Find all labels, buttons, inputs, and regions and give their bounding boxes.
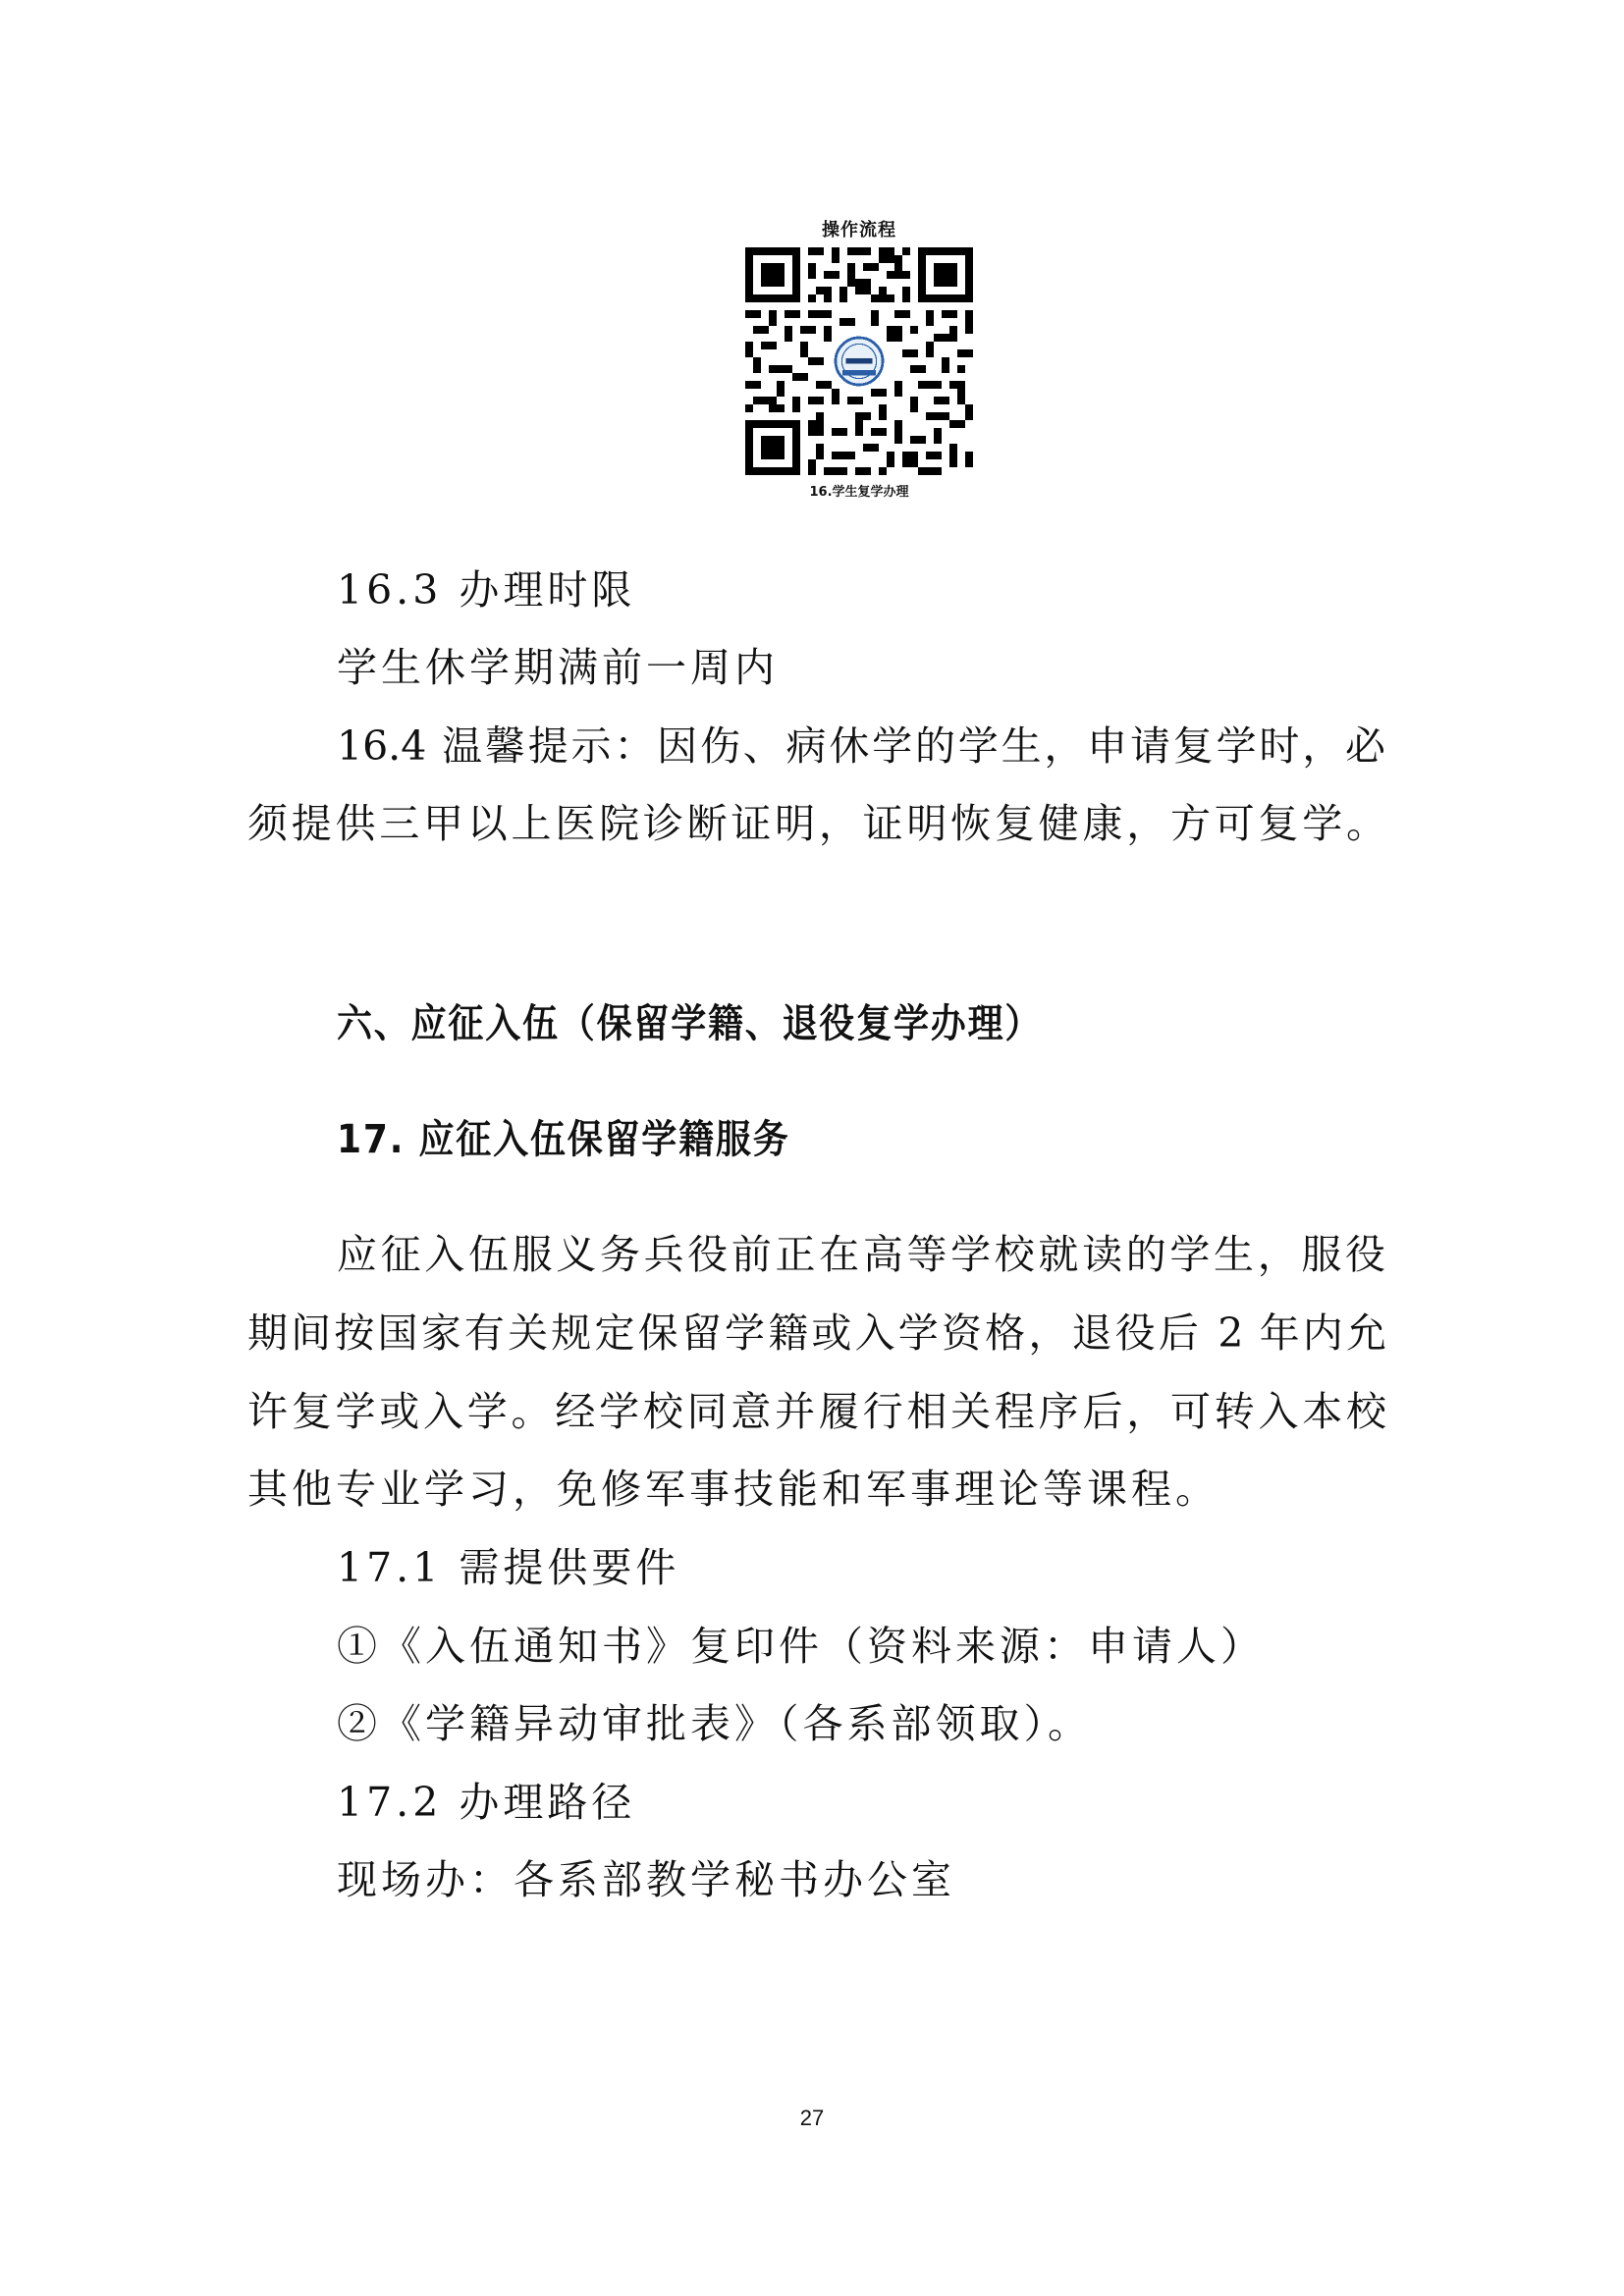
required-document-item: ②《学籍异动审批表》（各系部领取）。 xyxy=(337,1699,1092,1748)
page-number: 27 xyxy=(0,2106,1624,2131)
section-17-intro-line: 其他专业学习，免修军事技能和军事理论等课程。 xyxy=(247,1465,1219,1514)
section-17-2-body: 现场办：各系部教学秘书办公室 xyxy=(337,1855,955,1904)
section-16-3-heading: 16.3 办理时限 xyxy=(337,565,635,614)
qr-caption: 16.学生复学办理 xyxy=(727,481,992,500)
document-page: 操作流程 xyxy=(0,0,1624,2296)
qr-code-icon xyxy=(745,247,973,475)
section-17-intro-line: 许复学或入学。经学校同意并履行相关程序后，可转入本校 xyxy=(247,1387,1386,1436)
section-16-4-line-1: 16.4 温馨提示：因伤、病休学的学生，申请复学时，必 xyxy=(337,721,1385,771)
qr-title: 操作流程 xyxy=(727,216,992,241)
section-17-intro-line: 应征入伍服义务兵役前正在高等学校就读的学生，服役 xyxy=(337,1230,1385,1279)
qr-code-block: 操作流程 xyxy=(727,216,992,500)
section-17-title: 17. 应征入伍保留学籍服务 xyxy=(337,1115,790,1164)
section-17-intro-line: 期间按国家有关规定保留学籍或入学资格，退役后 2 年内允 xyxy=(247,1308,1386,1358)
section-17-2-heading: 17.2 办理路径 xyxy=(337,1778,635,1827)
section-17-1-heading: 17.1 需提供要件 xyxy=(337,1543,679,1592)
section-16-4-line-2: 须提供三甲以上医院诊断证明，证明恢复健康，方可复学。 xyxy=(247,799,1386,848)
required-document-item: ①《入伍通知书》复印件（资料来源：申请人） xyxy=(337,1622,1265,1671)
section-16-3-body: 学生休学期满前一周内 xyxy=(337,643,779,692)
chapter-6-title: 六、应征入伍（保留学籍、退役复学办理） xyxy=(337,999,1042,1048)
